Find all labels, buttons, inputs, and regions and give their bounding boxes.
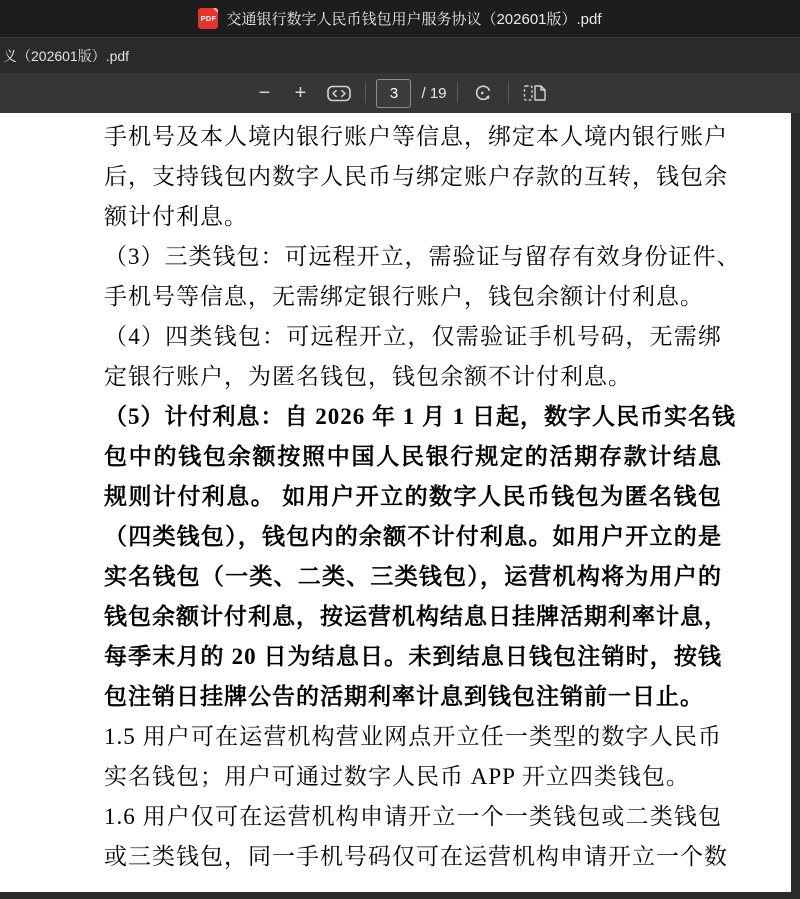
- rotate-icon: [472, 82, 494, 104]
- doc-line: 手机号等信息，无需绑定银行账户，钱包余额计付利息。: [104, 277, 722, 317]
- zoom-out-icon: −: [259, 83, 271, 103]
- doc-line: 每季末月的 20 日为结息日。未到结息日钱包注销时，按钱: [104, 637, 722, 677]
- doc-line: 定银行账户，为匿名钱包，钱包余额不计付利息。: [104, 357, 722, 397]
- rotate-button[interactable]: [468, 77, 498, 109]
- pdf-file-icon: PDF: [198, 8, 218, 29]
- fit-width-button[interactable]: [323, 77, 355, 109]
- zoom-in-icon: +: [295, 83, 307, 103]
- fit-width-icon: [327, 85, 351, 102]
- zoom-in-button[interactable]: +: [285, 77, 315, 109]
- doc-line: （3）三类钱包：可远程开立，需验证与留存有效身份证件、: [104, 237, 722, 277]
- pdf-badge-label: PDF: [201, 14, 217, 23]
- doc-line: 包中的钱包余额按照中国人民银行规定的活期存款计结息: [104, 437, 722, 477]
- toolbar-separator: [365, 83, 366, 103]
- page-count-label: / 19: [421, 85, 446, 102]
- doc-line: （5）计付利息：自 2026 年 1 月 1 日起，数字人民币实名钱: [104, 397, 722, 437]
- doc-line: 1.5 用户可在运营机构营业网点开立任一类型的数字人民币: [104, 717, 722, 757]
- page-number-input[interactable]: [376, 79, 411, 108]
- zoom-out-button[interactable]: −: [249, 77, 279, 109]
- pdf-page[interactable]: 手机号及本人境内银行账户等信息，绑定本人境内银行账户 后，支持钱包内数字人民币与…: [0, 113, 791, 892]
- pdf-toolbar: − + / 19: [0, 73, 800, 113]
- toolbar-separator: [508, 83, 509, 103]
- doc-line: 实名钱包；用户可通过数字人民币 APP 开立四类钱包。: [104, 757, 722, 797]
- doc-line: 或三类钱包，同一手机号码仅可在运营机构申请开立一个数: [104, 837, 722, 877]
- doc-line: 后，支持钱包内数字人民币与绑定账户存款的互转，钱包余: [104, 157, 722, 197]
- doc-line: （四类钱包），钱包内的余额不计付利息。如用户开立的是: [104, 517, 722, 557]
- tab-bar: 义（202601版）.pdf: [0, 37, 800, 73]
- doc-line: 钱包余额计付利息，按运营机构结息日挂牌活期利率计息，: [104, 597, 722, 637]
- doc-line: 实名钱包（一类、二类、三类钱包），运营机构将为用户的: [104, 557, 722, 597]
- tab-title[interactable]: 义（202601版）.pdf: [3, 46, 129, 66]
- doc-line: 规则计付利息。 如用户开立的数字人民币钱包为匿名钱包: [104, 477, 722, 517]
- page-view-icon: [523, 84, 547, 102]
- toolbar-separator: [457, 83, 458, 103]
- scrollbar-track[interactable]: [791, 113, 800, 899]
- window-title: 交通银行数字人民币钱包用户服务协议（202601版）.pdf: [226, 8, 601, 29]
- doc-line: 1.6 用户仅可在运营机构申请开立一个一类钱包或二类钱包: [104, 797, 722, 837]
- doc-line: 手机号及本人境内银行账户等信息，绑定本人境内银行账户: [104, 117, 722, 157]
- window-titlebar: PDF 交通银行数字人民币钱包用户服务协议（202601版）.pdf: [0, 0, 800, 37]
- page-view-button[interactable]: [519, 77, 551, 109]
- doc-line: 额计付利息。: [104, 197, 722, 237]
- document-text: 手机号及本人境内银行账户等信息，绑定本人境内银行账户 后，支持钱包内数字人民币与…: [0, 113, 791, 877]
- doc-line: （4）四类钱包：可远程开立，仅需验证手机号码，无需绑: [104, 317, 722, 357]
- doc-line: 包注销日挂牌公告的活期利率计息到钱包注销前一日止。: [104, 677, 722, 717]
